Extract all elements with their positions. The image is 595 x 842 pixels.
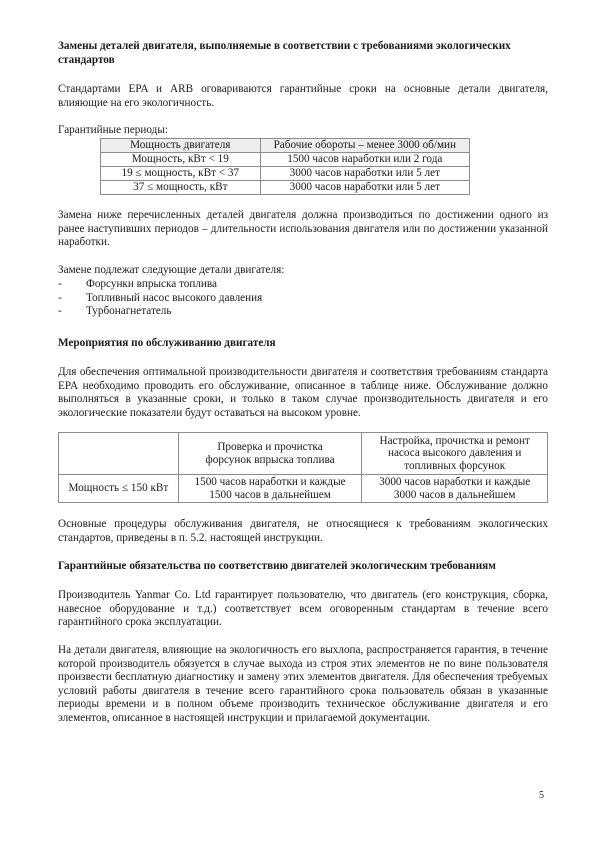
table-header-row: Мощность двигателя Рабочие обороты – мен… <box>101 139 470 153</box>
warranty-paragraph-1: Производитель Yanmar Co. Ltd гарантирует… <box>58 589 548 630</box>
dash-bullet: - <box>58 292 62 306</box>
maintenance-intro: Для обеспечения оптимальной производител… <box>58 366 548 420</box>
section-heading-warranty-obligations: Гарантийные обязательства по соответстви… <box>58 560 548 574</box>
table-cell: Мощность ≤ 150 кВт <box>59 475 179 503</box>
table-cell: Мощность, кВт < 19 <box>101 153 261 167</box>
intro-paragraph: Стандартами EPA и ARB оговариваются гара… <box>58 83 548 110</box>
warranty-paragraph-2: На детали двигателя, влияющие на экологи… <box>58 644 548 725</box>
list-item-text: Топливный насос высокого давления <box>86 292 262 304</box>
page-number: 5 <box>539 790 544 801</box>
table-cell: 1500 часов наработки и каждые 1500 часов… <box>178 475 362 503</box>
header-cell: Проверка и прочистка форсунок впрыска то… <box>178 433 362 475</box>
table-cell: 3000 часов наработки или 5 лет <box>260 167 469 181</box>
list-item-text: Турбонагнетатель <box>86 305 171 317</box>
maintenance-note: Основные процедуры обслуживания двигател… <box>58 518 548 545</box>
table-row: 19 ≤ мощность, кВт < 37 3000 часов нараб… <box>101 167 470 181</box>
header-cell: Мощность двигателя <box>101 139 261 153</box>
dash-bullet: - <box>58 305 62 319</box>
table-cell: 3000 часов наработки и каждые 3000 часов… <box>362 475 548 503</box>
section-heading-maintenance: Мероприятия по обслуживанию двигателя <box>58 337 548 351</box>
dash-bullet: - <box>58 278 62 292</box>
warranty-periods-table: Мощность двигателя Рабочие обороты – мен… <box>100 138 470 195</box>
table-row: Мощность ≤ 150 кВт 1500 часов наработки … <box>59 475 548 503</box>
warranty-periods-label: Гарантийные периоды: <box>58 124 548 138</box>
table-cell: 19 ≤ мощность, кВт < 37 <box>101 167 261 181</box>
list-item: -Топливный насос высокого давления <box>58 292 548 306</box>
list-item: -Форсунки впрыска топлива <box>58 278 548 292</box>
header-cell: Рабочие обороты – менее 3000 об/мин <box>260 139 469 153</box>
list-item: -Турбонагнетатель <box>58 305 548 319</box>
table-row: 37 ≤ мощность, кВт 3000 часов наработки … <box>101 181 470 195</box>
header-cell: Настройка, прочистка и ремонт насоса выс… <box>362 433 548 475</box>
section-heading-replacement: Замены деталей двигателя, выполняемые в … <box>58 40 548 67</box>
list-item-text: Форсунки впрыска топлива <box>86 278 217 290</box>
service-table: Проверка и прочистка форсунок впрыска то… <box>58 432 548 503</box>
header-cell-empty <box>59 433 179 475</box>
table-cell: 37 ≤ мощность, кВт <box>101 181 261 195</box>
replacement-note: Замена ниже перечисленных деталей двигат… <box>58 209 548 250</box>
table-header-row: Проверка и прочистка форсунок впрыска то… <box>59 433 548 475</box>
parts-label: Замене подлежат следующие детали двигате… <box>58 264 548 278</box>
table-cell: 3000 часов наработки или 5 лет <box>260 181 469 195</box>
table-cell: 1500 часов наработки или 2 года <box>260 153 469 167</box>
table-row: Мощность, кВт < 19 1500 часов наработки … <box>101 153 470 167</box>
parts-list: -Форсунки впрыска топлива -Топливный нас… <box>58 278 548 319</box>
